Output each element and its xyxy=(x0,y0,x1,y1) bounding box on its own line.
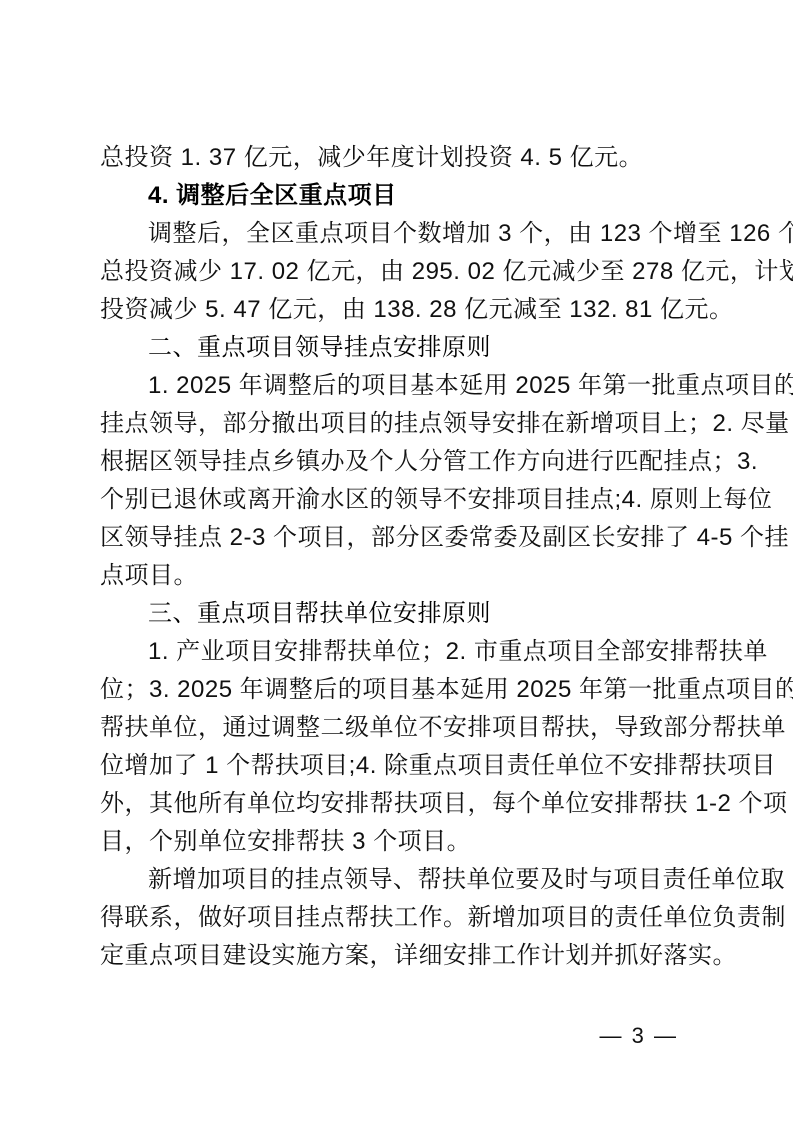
text-line: 1. 产业项目安排帮扶单位；2. 市重点项目全部安排帮扶单 xyxy=(100,633,700,671)
text-line: 区领导挂点 2-3 个项目，部分区委常委及副区长安排了 4-5 个挂 xyxy=(100,519,700,557)
text-line: 调整后，全区重点项目个数增加 3 个，由 123 个增至 126 个， xyxy=(100,215,700,253)
text-line: 1. 2025 年调整后的项目基本延用 2025 年第一批重点项目的 xyxy=(100,367,700,405)
heading-section-2: 二、重点项目领导挂点安排原则 xyxy=(100,329,700,367)
text-line: 根据区领导挂点乡镇办及个人分管工作方向进行匹配挂点；3. xyxy=(100,443,700,481)
text-line: 个别已退休或离开渝水区的领导不安排项目挂点;4. 原则上每位 xyxy=(100,481,700,519)
text-line: 总投资 1. 37 亿元，减少年度计划投资 4. 5 亿元。 xyxy=(100,139,700,177)
text-line: 挂点领导，部分撤出项目的挂点领导安排在新增项目上；2. 尽量 xyxy=(100,405,700,443)
heading-section-4: 4. 调整后全区重点项目 xyxy=(100,177,700,215)
text-line: 投资减少 5. 47 亿元，由 138. 28 亿元减至 132. 81 亿元。 xyxy=(100,291,700,329)
page-number: — 3 — xyxy=(100,1024,678,1048)
text-line: 帮扶单位，通过调整二级单位不安排项目帮扶，导致部分帮扶单 xyxy=(100,709,700,747)
text-line: 位增加了 1 个帮扶项目;4. 除重点项目责任单位不安排帮扶项目 xyxy=(100,747,700,785)
text-line: 位；3. 2025 年调整后的项目基本延用 2025 年第一批重点项目的 xyxy=(100,671,700,709)
text-line: 总投资减少 17. 02 亿元，由 295. 02 亿元减少至 278 亿元，计… xyxy=(100,253,700,291)
text-line: 外，其他所有单位均安排帮扶项目，每个单位安排帮扶 1-2 个项 xyxy=(100,785,700,823)
text-line: 得联系，做好项目挂点帮扶工作。新增加项目的责任单位负责制 xyxy=(100,899,700,937)
text-line: 定重点项目建设实施方案，详细安排工作计划并抓好落实。 xyxy=(100,937,700,975)
heading-section-3: 三、重点项目帮扶单位安排原则 xyxy=(100,595,700,633)
text-line: 目，个别单位安排帮扶 3 个项目。 xyxy=(100,823,700,861)
text-line: 新增加项目的挂点领导、帮扶单位要及时与项目责任单位取 xyxy=(100,861,700,899)
document-page: 总投资 1. 37 亿元，减少年度计划投资 4. 5 亿元。 4. 调整后全区重… xyxy=(0,0,793,1122)
document-body: 总投资 1. 37 亿元，减少年度计划投资 4. 5 亿元。 4. 调整后全区重… xyxy=(100,139,700,975)
text-line: 点项目。 xyxy=(100,557,700,595)
